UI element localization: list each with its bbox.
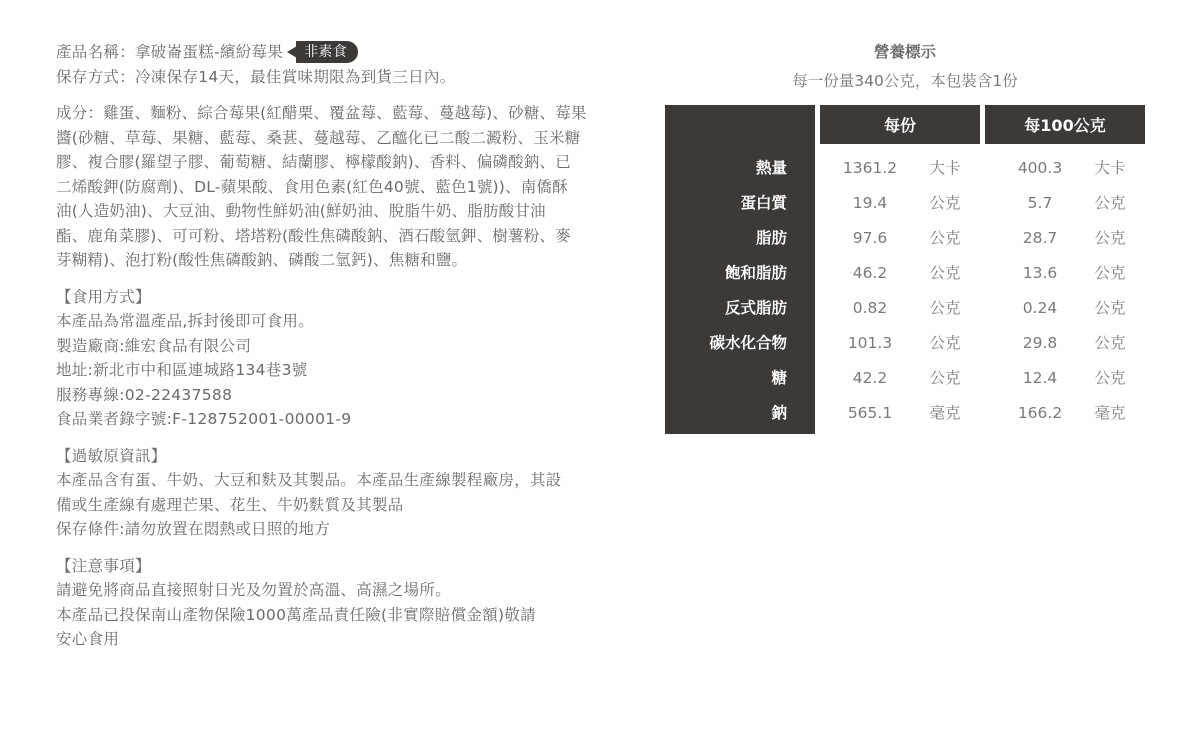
nutrient-label: 鈉 bbox=[665, 396, 787, 431]
per-serving-value: 0.82 bbox=[835, 291, 905, 326]
nutrient-row-protein: 蛋白質 19.4 公克 5.7 公克 bbox=[665, 186, 1145, 221]
section-heading: 【過敏原資訊】 bbox=[56, 444, 636, 469]
per-serving-unit: 公克 bbox=[920, 256, 970, 291]
per-serving-unit: 公克 bbox=[920, 326, 970, 361]
ingredients-line: 醬(砂糖、草莓、果糖、藍莓、桑葚、蔓越莓、乙醯化已二酸二澱粉、玉米糖 bbox=[56, 126, 636, 151]
ingredients-line: 油(人造奶油)、大豆油、動物性鮮奶油(鮮奶油、脫脂牛奶、脂肪酸甘油 bbox=[56, 199, 636, 224]
allergen-section: 【過敏原資訊】 本產品含有蛋、牛奶、大豆和麩及其製品。本產品生產線製程廠房，其設… bbox=[56, 444, 636, 542]
product-name: 產品名稱：拿破崙蛋糕-繽紛莓果 bbox=[56, 40, 283, 65]
nutrient-row-saturated-fat: 飽和脂肪 46.2 公克 13.6 公克 bbox=[665, 256, 1145, 291]
nutrient-label: 糖 bbox=[665, 361, 787, 396]
nutrient-row-calories: 熱量 1361.2 大卡 400.3 大卡 bbox=[665, 151, 1145, 186]
storage-method: 保存方式：冷凍保存14天，最佳賞味期限為到貨三日內。 bbox=[56, 65, 636, 90]
per-100g-value: 400.3 bbox=[1005, 151, 1075, 186]
nutrition-facts: 營養標示 每一份量340公克，本包裝含1份 每份 每100公克 熱量 1361.… bbox=[665, 40, 1145, 93]
per-serving-unit: 公克 bbox=[920, 186, 970, 221]
per-100g-value: 0.24 bbox=[1005, 291, 1075, 326]
per-serving-value: 101.3 bbox=[835, 326, 905, 361]
per-100g-unit: 公克 bbox=[1085, 256, 1135, 291]
nutrient-label: 飽和脂肪 bbox=[665, 256, 787, 291]
per-100g-value: 12.4 bbox=[1005, 361, 1075, 396]
notice-line: 請避免將商品直接照射日光及勿置於高溫、高濕之場所。 bbox=[56, 578, 636, 603]
storage-conditions: 保存條件:請勿放置在悶熱或日照的地方 bbox=[56, 517, 636, 542]
badge-label: 非素食 bbox=[296, 41, 358, 63]
per-100g-value: 13.6 bbox=[1005, 256, 1075, 291]
allergen-line: 備或生產線有處理芒果、花生、牛奶麩質及其製品 bbox=[56, 493, 636, 518]
ingredients-line: 芽糊精)、泡打粉(酸性焦磷酸鈉、磷酸二氫鈣)、焦糖和鹽。 bbox=[56, 248, 636, 273]
per-100g-unit: 公克 bbox=[1085, 326, 1135, 361]
service-phone: 服務專線:02-22437588 bbox=[56, 383, 636, 408]
notice-line: 本產品已投保南山產物保險1000萬產品責任險(非實際賠償金額)敬請 bbox=[56, 603, 636, 628]
notice-line: 安心食用 bbox=[56, 627, 636, 652]
per-serving-value: 97.6 bbox=[835, 221, 905, 256]
per-serving-unit: 公克 bbox=[920, 361, 970, 396]
nutrient-label: 脂肪 bbox=[665, 221, 787, 256]
ingredients-line: 二烯酸鉀(防腐劑)、DL-蘋果酸、食用色素(紅色40號、藍色1號))、南僑酥 bbox=[56, 175, 636, 200]
serving-info: 每一份量340公克，本包裝含1份 bbox=[665, 69, 1145, 93]
usage-line: 本產品為常溫產品,拆封後即可食用。 bbox=[56, 309, 636, 334]
address: 地址:新北市中和區連城路134巷3號 bbox=[56, 358, 636, 383]
notice-section: 【注意事項】 請避免將商品直接照射日光及勿置於高溫、高濕之場所。 本產品已投保南… bbox=[56, 554, 636, 652]
ingredients-line: 膠、複合膠(羅望子膠、葡萄糖、結蘭膠、檸檬酸鈉)、香料、偏磷酸鈉、已 bbox=[56, 150, 636, 175]
non-vegetarian-badge: 非素食 bbox=[287, 41, 358, 63]
per-serving-value: 19.4 bbox=[835, 186, 905, 221]
section-heading: 【食用方式】 bbox=[56, 285, 636, 310]
product-info: 產品名稱：拿破崙蛋糕-繽紛莓果 非素食 保存方式：冷凍保存14天，最佳賞味期限為… bbox=[56, 40, 636, 652]
ingredients-line: 成分：雞蛋、麵粉、綜合莓果(紅醋栗、覆盆莓、藍莓、蔓越莓)、砂糖、莓果 bbox=[56, 101, 636, 126]
ingredients-section: 成分：雞蛋、麵粉、綜合莓果(紅醋栗、覆盆莓、藍莓、蔓越莓)、砂糖、莓果 醬(砂糖… bbox=[56, 101, 636, 273]
nutrient-row-fat: 脂肪 97.6 公克 28.7 公克 bbox=[665, 221, 1145, 256]
header-per-100g: 每100公克 bbox=[985, 105, 1145, 144]
per-100g-value: 28.7 bbox=[1005, 221, 1075, 256]
nutrition-table: 每份 每100公克 熱量 1361.2 大卡 400.3 大卡 蛋白質 19.4… bbox=[665, 105, 1145, 435]
nutrient-label: 碳水化合物 bbox=[665, 326, 787, 361]
per-100g-unit: 毫克 bbox=[1085, 396, 1135, 431]
per-100g-value: 5.7 bbox=[1005, 186, 1075, 221]
ingredients-line: 酯、鹿角菜膠)、可可粉、塔塔粉(酸性焦磷酸鈉、酒石酸氫鉀、樹薯粉、麥 bbox=[56, 224, 636, 249]
manufacturer: 製造廠商:維宏食品有限公司 bbox=[56, 334, 636, 359]
per-serving-unit: 大卡 bbox=[920, 151, 970, 186]
header-per-serving: 每份 bbox=[820, 105, 980, 144]
per-100g-value: 166.2 bbox=[1005, 396, 1075, 431]
nutrient-row-trans-fat: 反式脂肪 0.82 公克 0.24 公克 bbox=[665, 291, 1145, 326]
per-serving-value: 1361.2 bbox=[835, 151, 905, 186]
per-serving-unit: 公克 bbox=[920, 221, 970, 256]
per-100g-unit: 公克 bbox=[1085, 361, 1135, 396]
registration-number: 食品業者錄字號:F-128752001-00001-9 bbox=[56, 407, 636, 432]
section-heading: 【注意事項】 bbox=[56, 554, 636, 579]
per-100g-unit: 公克 bbox=[1085, 186, 1135, 221]
per-serving-value: 565.1 bbox=[835, 396, 905, 431]
per-serving-value: 42.2 bbox=[835, 361, 905, 396]
nutrient-row-carbohydrate: 碳水化合物 101.3 公克 29.8 公克 bbox=[665, 326, 1145, 361]
per-100g-unit: 公克 bbox=[1085, 291, 1135, 326]
nutrient-label: 熱量 bbox=[665, 151, 787, 186]
allergen-line: 本產品含有蛋、牛奶、大豆和麩及其製品。本產品生產線製程廠房，其設 bbox=[56, 468, 636, 493]
product-name-row: 產品名稱：拿破崙蛋糕-繽紛莓果 非素食 bbox=[56, 40, 636, 65]
per-serving-unit: 毫克 bbox=[920, 396, 970, 431]
per-100g-unit: 公克 bbox=[1085, 221, 1135, 256]
per-serving-unit: 公克 bbox=[920, 291, 970, 326]
nutrient-row-sodium: 鈉 565.1 毫克 166.2 毫克 bbox=[665, 396, 1145, 431]
nutrient-row-sugar: 糖 42.2 公克 12.4 公克 bbox=[665, 361, 1145, 396]
per-serving-value: 46.2 bbox=[835, 256, 905, 291]
per-100g-value: 29.8 bbox=[1005, 326, 1075, 361]
nutrition-title: 營養標示 bbox=[665, 40, 1145, 64]
per-100g-unit: 大卡 bbox=[1085, 151, 1135, 186]
nutrient-label: 反式脂肪 bbox=[665, 291, 787, 326]
nutrient-label: 蛋白質 bbox=[665, 186, 787, 221]
usage-section: 【食用方式】 本產品為常溫產品,拆封後即可食用。 製造廠商:維宏食品有限公司 地… bbox=[56, 285, 636, 432]
